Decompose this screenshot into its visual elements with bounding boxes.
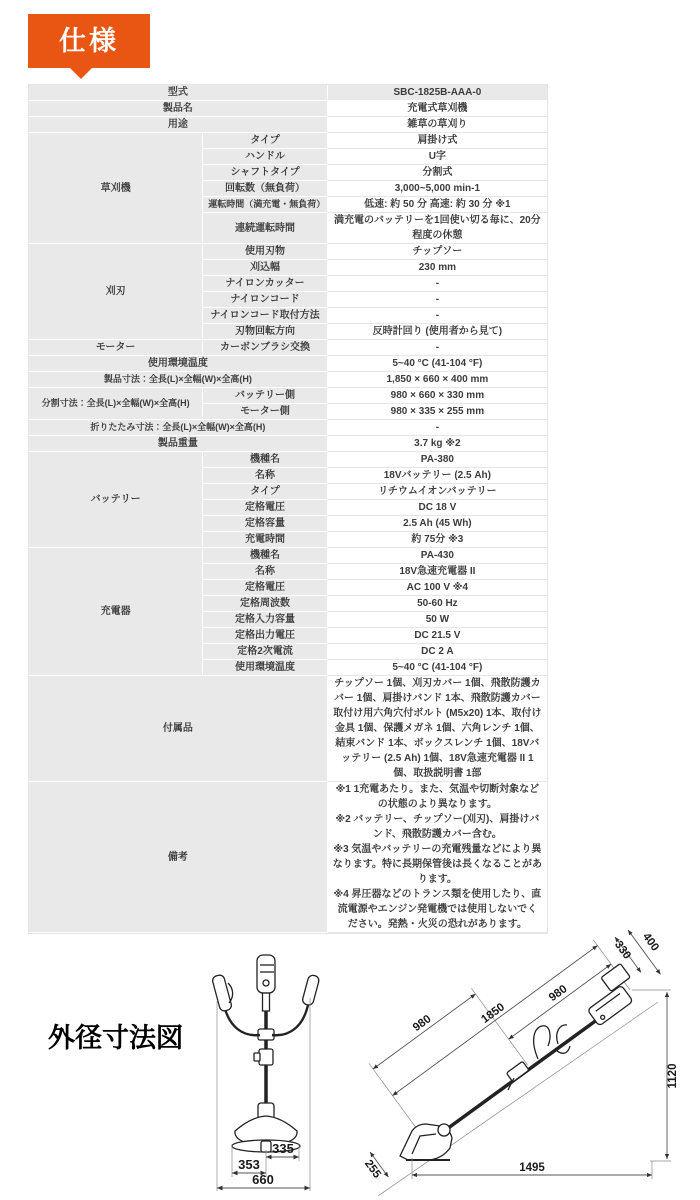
spec-row: バッテリー機種名PA-380	[29, 452, 547, 468]
dimension-diagram-heading: 外径寸法図	[48, 1016, 183, 1055]
spec-value: 分割式	[328, 165, 547, 181]
spec-row: 製品重量3.7 kg ※2	[29, 436, 547, 452]
spec-badge-tail	[70, 68, 92, 79]
spec-label: 名称	[203, 468, 328, 484]
spec-label: 定格周波数	[203, 596, 328, 612]
spec-value: 低速: 約 50 分 高速: 約 30 分 ※1	[328, 197, 547, 213]
spec-value: -	[328, 420, 547, 436]
spec-value: 230 mm	[328, 260, 547, 276]
spec-value: 3,000~5,000 min-1	[328, 181, 547, 197]
spec-label: 使用環境温度	[203, 660, 328, 676]
spec-label: 機種名	[203, 548, 328, 564]
spec-label: 定格出力電圧	[203, 628, 328, 644]
spec-row: 草刈機タイプ肩掛け式	[29, 133, 547, 149]
spec-label: 付属品	[29, 676, 328, 782]
spec-label: 定格2次電流	[203, 644, 328, 660]
spec-value: 980 × 335 × 255 mm	[328, 404, 547, 420]
spec-value: PA-380	[328, 452, 547, 468]
spec-value-notes: ※1 1充電あたり。また、気温や切断対象などの状態のより異なります。 ※2 バッ…	[328, 782, 547, 933]
spec-table: 型式SBC-1825B-AAA-0 製品名充電式草刈機 用途雑草の草刈り 草刈機…	[28, 84, 548, 934]
spec-label: 製品重量	[29, 436, 328, 452]
spec-value: SBC-1825B-AAA-0	[328, 85, 547, 101]
dim-side-head-width: 330	[612, 939, 633, 962]
spec-value: -	[328, 276, 547, 292]
spec-label: 連続運転時間	[203, 213, 328, 244]
spec-badge-label: 仕様	[59, 26, 119, 56]
dim-side-head-offset: 255	[362, 1158, 383, 1181]
spec-label: ハンドル	[203, 149, 328, 165]
right-grip	[302, 974, 320, 1006]
motor-battery-unit	[577, 964, 643, 1027]
spec-label: 製品寸法：全長(L)×全幅(W)×全高(H)	[29, 372, 328, 388]
dim-side-height: 1120	[667, 1064, 679, 1089]
spec-value: 反時計回り (使用者から見て)	[328, 324, 547, 340]
spec-value: DC 2 A	[328, 644, 547, 660]
spec-value-accessories: チップソー 1個、刈刃カバー 1個、飛散防護カバー 1個、肩掛けバンド 1本、飛…	[328, 676, 547, 782]
spec-group: バッテリー	[29, 452, 203, 548]
spec-value: 満充電のバッテリーを1回使い切る毎に、20分程度の休憩	[328, 213, 547, 244]
spec-label: 名称	[203, 564, 328, 580]
left-grip	[212, 974, 233, 1012]
side-view-drawing: 980 1850 980 330 400 1120 1495 255	[362, 928, 700, 1200]
spec-label: カーボンブラシ交換	[203, 340, 328, 356]
spec-value: 肩掛け式	[328, 133, 547, 149]
spec-group: 分割寸法：全長(L)×全幅(W)×全高(H)	[29, 388, 203, 420]
note-line: ※3 気温やバッテリーの充電残量などにより異なります。特に長期保管後は長くなるこ…	[333, 842, 542, 887]
front-view-drawing: 335 353 660	[195, 953, 360, 1198]
spec-row: 製品名充電式草刈機	[29, 101, 547, 117]
spec-label: 定格入力容量	[203, 612, 328, 628]
spec-row: モーターカーボンブラシ交換-	[29, 340, 547, 356]
spec-value: 3.7 kg ※2	[328, 436, 547, 452]
spec-row: 型式SBC-1825B-AAA-0	[29, 85, 547, 101]
spec-label: シャフトタイプ	[203, 165, 328, 181]
spec-row: 製品寸法：全長(L)×全幅(W)×全高(H)1,850 × 660 × 400 …	[29, 372, 547, 388]
trimmer-top-unit	[257, 955, 275, 993]
spec-label: 定格容量	[203, 516, 328, 532]
dim-side-upper-section: 980	[547, 983, 570, 1004]
blade-guard	[235, 1116, 297, 1143]
spec-label: 備考	[29, 782, 328, 933]
spec-value: 50-60 Hz	[328, 596, 547, 612]
spec-badge: 仕様	[28, 14, 150, 68]
spec-label: 製品名	[29, 101, 328, 117]
note-line: ※4 昇圧器などのトランス類を使用したり、直流電源やエンジン発電機では使用しない…	[333, 887, 542, 932]
spec-value: リチウムイオンバッテリー	[328, 484, 547, 500]
dim-front-right: 335	[272, 1141, 294, 1156]
spec-label: 定格電圧	[203, 500, 328, 516]
spec-label: 刈込幅	[203, 260, 328, 276]
spec-value: -	[328, 340, 547, 356]
spec-label: 使用環境温度	[29, 356, 328, 372]
spec-row: 用途雑草の草刈り	[29, 117, 547, 133]
spec-row: 備考 ※1 1充電あたり。また、気温や切断対象などの状態のより異なります。 ※2…	[29, 782, 547, 933]
spec-label: 定格電圧	[203, 580, 328, 596]
spec-value: DC 21.5 V	[328, 628, 547, 644]
spec-label: ナイロンコード取付方法	[203, 308, 328, 324]
spec-value: 18V急速充電器 II	[328, 564, 547, 580]
spec-value: DC 18 V	[328, 500, 547, 516]
spec-value: 5~40 °C (41-104 °F)	[328, 660, 547, 676]
spec-row: 折りたたみ寸法：全長(L)×全幅(W)×全高(H)-	[29, 420, 547, 436]
dim-front-left: 353	[238, 1157, 260, 1172]
spec-label: ナイロンカッター	[203, 276, 328, 292]
spec-group: モーター	[29, 340, 203, 356]
spec-row: 使用環境温度5~40 °C (41-104 °F)	[29, 356, 547, 372]
spec-value: PA-430	[328, 548, 547, 564]
spec-value: 2.5 Ah (45 Wh)	[328, 516, 547, 532]
spec-value: 50 W	[328, 612, 547, 628]
dim-front-total: 660	[252, 1172, 274, 1187]
spec-value: -	[328, 292, 547, 308]
spec-label: モーター側	[203, 404, 328, 420]
spec-value: 約 75分 ※3	[328, 532, 547, 548]
spec-label: 用途	[29, 117, 328, 133]
spec-label: タイプ	[203, 133, 328, 149]
spec-value: AC 100 V ※4	[328, 580, 547, 596]
spec-group: 草刈機	[29, 133, 203, 244]
spec-label: タイプ	[203, 484, 328, 500]
spec-row: 付属品チップソー 1個、刈刃カバー 1個、飛散防護カバー 1個、肩掛けバンド 1…	[29, 676, 547, 782]
spec-value: 5~40 °C (41-104 °F)	[328, 356, 547, 372]
spec-label: 充電時間	[203, 532, 328, 548]
spec-label: 折りたたみ寸法：全長(L)×全幅(W)×全高(H)	[29, 420, 328, 436]
spec-value: 雑草の草刈り	[328, 117, 547, 133]
spec-label: 型式	[29, 85, 328, 101]
spec-value: U字	[328, 149, 547, 165]
note-line: ※1 1充電あたり。また、気温や切断対象などの状態のより異なります。	[333, 782, 542, 812]
spec-group: 充電器	[29, 548, 203, 676]
spec-label: 機種名	[203, 452, 328, 468]
spec-value: 充電式草刈機	[328, 101, 547, 117]
spec-value: 1,850 × 660 × 400 mm	[328, 372, 547, 388]
spec-value: 18Vバッテリー (2.5 Ah)	[328, 468, 547, 484]
spec-value: 980 × 660 × 330 mm	[328, 388, 547, 404]
spec-page: 仕様 型式SBC-1825B-AAA-0 製品名充電式草刈機 用途雑草の草刈り …	[0, 0, 700, 1200]
spec-label: ナイロンコード	[203, 292, 328, 308]
note-line: ※2 バッテリー、チップソー(刈刃)、肩掛けバンド、飛散防護カバー含む。	[333, 812, 542, 842]
spec-row: 充電器機種名PA-430	[29, 548, 547, 564]
spec-row: 刈刃使用刃物チップソー	[29, 244, 547, 260]
spec-label: バッテリー側	[203, 388, 328, 404]
spec-label: 使用刃物	[203, 244, 328, 260]
spec-value: -	[328, 308, 547, 324]
spec-label: 刃物回転方向	[203, 324, 328, 340]
spec-row: 分割寸法：全長(L)×全幅(W)×全高(H)バッテリー側980 × 660 × …	[29, 388, 547, 404]
spec-group: 刈刃	[29, 244, 203, 340]
spec-value: チップソー	[328, 244, 547, 260]
spec-label: 運転時間（満充電・無負荷）	[203, 197, 328, 213]
spec-label: 回転数（無負荷）	[203, 181, 328, 197]
dim-side-lower-section: 980	[411, 1013, 434, 1034]
dim-side-ground-length: 1495	[519, 1162, 545, 1174]
